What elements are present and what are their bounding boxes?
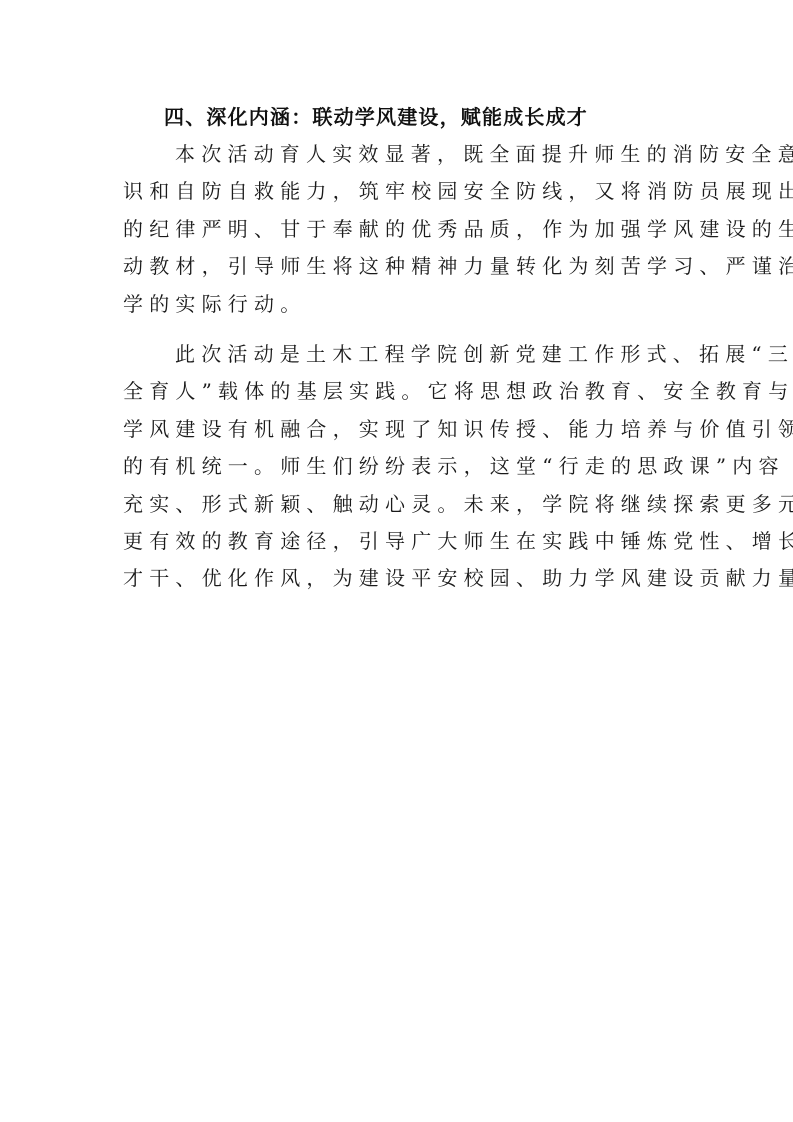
paragraph-line: 学的实际行动。 xyxy=(123,286,679,323)
paragraph-1: 本次活动育人实效显著，既全面提升师生的消防安全意 识和自防自救能力，筑牢校园安全… xyxy=(123,136,679,323)
paragraph-line: 此次活动是土木工程学院创新党建工作形式、拓展“三 xyxy=(123,336,679,373)
document-page: 四、深化内涵：联动学风建设，赋能成长成才 本次活动育人实效显著，既全面提升师生的… xyxy=(0,0,793,1122)
paragraph-line: 学风建设有机融合，实现了知识传授、能力培养与价值引领 xyxy=(123,411,679,448)
paragraph-line: 的有机统一。师生们纷纷表示，这堂“行走的思政课”内容 xyxy=(123,448,679,485)
paragraph-2: 此次活动是土木工程学院创新党建工作形式、拓展“三 全育人”载体的基层实践。它将思… xyxy=(123,336,679,598)
paragraph-line: 识和自防自救能力，筑牢校园安全防线，又将消防员展现出 xyxy=(123,173,679,210)
paragraph-line: 才干、优化作风，为建设平安校园、助力学风建设贡献力量。 xyxy=(123,560,679,597)
paragraph-line: 本次活动育人实效显著，既全面提升师生的消防安全意 xyxy=(123,136,679,173)
paragraph-line: 更有效的教育途径，引导广大师生在实践中锤炼党性、增长 xyxy=(123,523,679,560)
paragraph-line: 充实、形式新颖、触动心灵。未来，学院将继续探索更多元、 xyxy=(123,486,679,523)
document-body: 四、深化内涵：联动学风建设，赋能成长成才 本次活动育人实效显著，既全面提升师生的… xyxy=(123,99,679,598)
paragraph-line: 动教材，引导师生将这种精神力量转化为刻苦学习、严谨治 xyxy=(123,248,679,285)
paragraph-line: 的纪律严明、甘于奉献的优秀品质，作为加强学风建设的生 xyxy=(123,211,679,248)
paragraph-line: 全育人”载体的基层实践。它将思想政治教育、安全教育与 xyxy=(123,373,679,410)
section-heading: 四、深化内涵：联动学风建设，赋能成长成才 xyxy=(164,99,679,136)
